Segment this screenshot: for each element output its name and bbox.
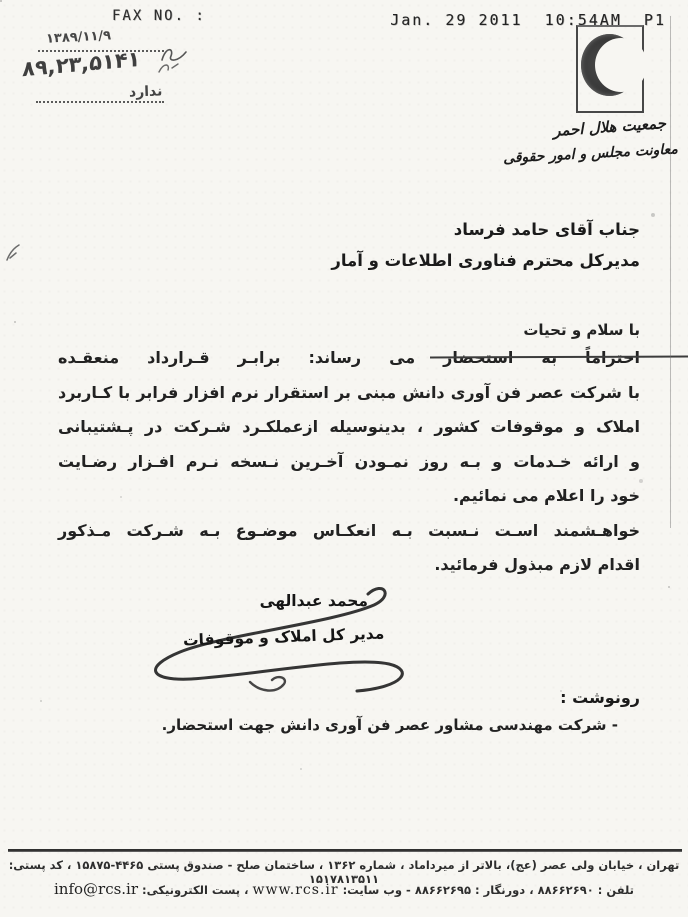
recipient-name: جناب آقای حامد فرساد <box>331 214 640 245</box>
body-line: املاک و موقوفات کشور ، بدینوسیله ازعملکـ… <box>58 410 640 445</box>
handwritten-attachment-field: ندارد <box>36 84 164 103</box>
pen-mark-icon <box>156 58 182 78</box>
body-line: با شرکت عصر فن آوری دانش مبنی بر استقرار… <box>58 376 640 411</box>
cc-label: رونوشت : <box>560 688 640 707</box>
department-name: معاونت مجلس و امور حقوقی <box>503 141 679 166</box>
recipient-title: مدیرکل محترم فناوری اطلاعات و آمار <box>331 245 640 276</box>
letter-body: احتراماً به استحضار می رساند: برابـر قـر… <box>58 341 640 583</box>
footer-website-url: www.rcs.ir <box>253 882 339 898</box>
cc-item: - شرکت مهندسی مشاور عصر فن آوری دانش جهت… <box>162 716 618 734</box>
footer-tel-number: ۸۸۶۶۲۶۹۰ <box>538 883 594 897</box>
scan-noise-specks <box>0 0 2 2</box>
body-line: و ارائه خـدمات و بـه روز نمـودن آخـرین ن… <box>58 445 640 480</box>
red-crescent-logo <box>576 25 644 113</box>
footer-address: تهران ، خیابان ولی عصر (عج)، بالاتر از م… <box>147 858 679 872</box>
body-line: احتراماً به استحضار می رساند: برابـر قـر… <box>58 341 640 376</box>
footer-email-address: info@rcs.ir <box>54 880 138 898</box>
margin-pen-mark-icon <box>4 242 22 266</box>
signature-block: محمد عبدالهی مدیر کل املاک و موقوفات <box>132 578 416 706</box>
body-line: خود را اعلام می نمائیم. <box>58 479 640 514</box>
body-line: خواهـشمند اسـت نـسبت بـه انعکـاس موضـوع … <box>58 514 640 549</box>
footer-separator: ، <box>525 883 533 897</box>
scanned-letter-page: FAX NO. : Jan. 29 2011 10:54AM P1 ۱۳۸۹/۱… <box>0 0 688 917</box>
footer-postal-label: ، کد پستی: <box>9 858 72 872</box>
recipient-block: جناب آقای حامد فرساد مدیرکل محترم فناوری… <box>331 214 640 276</box>
footer-tel-label: تلفن : <box>594 883 634 897</box>
crescent-cutout <box>595 38 647 92</box>
handwritten-attachment-value: ندارد <box>128 83 162 100</box>
handwritten-signature-icon <box>132 578 416 706</box>
footer-email-label: ، پست الکترونیکی: <box>138 883 248 897</box>
handwritten-date-field: ۱۳۸۹/۱۱/۹ <box>38 30 164 52</box>
footer-fax-label: دورنگار : <box>471 883 525 897</box>
footer-po-box: ۱۵۸۷۵-۴۴۶۵ <box>75 858 143 872</box>
footer-web-label: - وب سایت: <box>339 883 411 897</box>
scan-artifact-strike-line <box>430 356 688 359</box>
footer-divider <box>8 849 682 852</box>
footer-fax-number: ۸۸۶۶۲۶۹۵ <box>415 883 471 897</box>
organization-name: جمعیت هلال احمر <box>552 114 666 140</box>
salutation: با سلام و تحیات <box>523 321 640 339</box>
footer-contact-line: تلفن : ۸۸۶۶۲۶۹۰ ، دورنگار : ۸۸۶۶۲۶۹۵ - و… <box>6 880 682 898</box>
fax-number-label: FAX NO. : <box>112 8 206 24</box>
scan-artifact-vertical-line <box>670 16 671 528</box>
handwritten-date-value: ۱۳۸۹/۱۱/۹ <box>46 28 112 46</box>
